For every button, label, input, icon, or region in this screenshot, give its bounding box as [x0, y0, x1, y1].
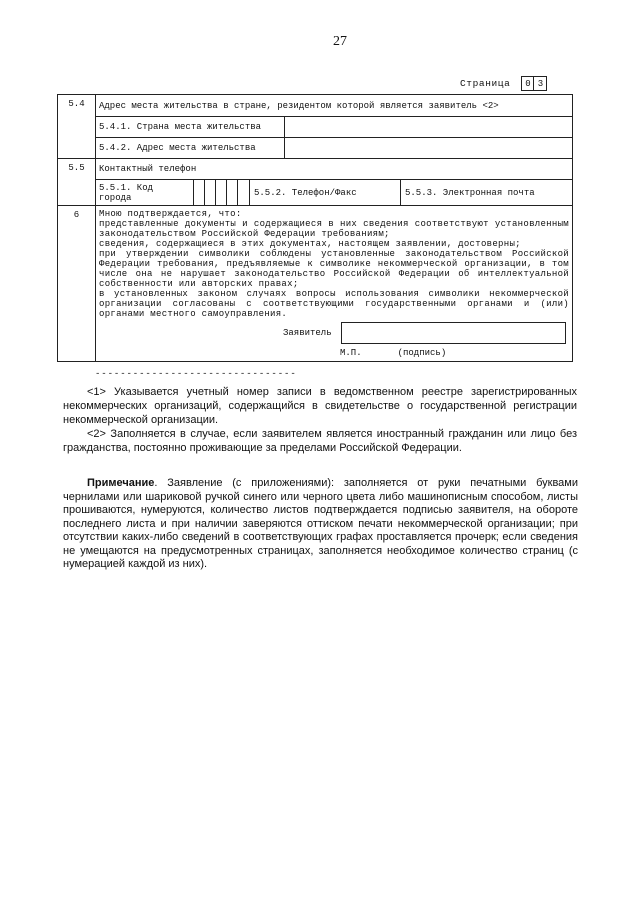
note-title: Примечание — [87, 477, 154, 489]
applicant-signature-row: Заявитель — [99, 322, 569, 344]
section-confirmation: 6 Мною подтверждается, что:представленны… — [58, 205, 572, 361]
confirmation-paragraph: представленные документы и содержащиеся … — [99, 219, 569, 239]
row-label: 5.4.1. Страна места жительства — [96, 117, 285, 137]
section-number: 6 — [58, 206, 96, 361]
city-code-label: 5.5.1. Код города — [96, 180, 194, 205]
signature-caption: (подпись) — [398, 348, 447, 358]
form-row-address: 5.4.2. Адрес места жительства — [96, 137, 572, 158]
application-form-table: 5.4 Адрес места жительства в стране, рез… — [57, 94, 573, 362]
confirmation-paragraph: при утверждении символики соблюдены уста… — [99, 249, 569, 289]
page-digit-box: 0 — [521, 76, 534, 91]
page-digit-box: 3 — [534, 76, 547, 91]
applicant-label: Заявитель — [283, 328, 332, 338]
section-title: Контактный телефон — [96, 159, 572, 179]
row-value-address — [285, 138, 572, 158]
document-page: 27 Страница 0 3 5.4 Адрес места жительст… — [0, 0, 640, 905]
page-indicator-label: Страница — [460, 78, 510, 89]
section-title: Адрес места жительства в стране, резиден… — [96, 95, 572, 116]
page-number: 27 — [300, 34, 380, 50]
phone-fax-label: 5.5.2. Телефон/Факс — [249, 180, 401, 205]
section-number: 5.4 — [58, 95, 96, 158]
digit-cell — [205, 180, 216, 205]
confirmation-text: Мною подтверждается, что:представленные … — [99, 209, 569, 319]
section-contact-phone: 5.5 Контактный телефон 5.5.1. Код города… — [58, 158, 572, 205]
confirmation-paragraph: сведения, содержащиеся в этих документах… — [99, 239, 569, 249]
footnote-separator: -------------------------------- — [95, 369, 297, 379]
form-row-phones: 5.5.1. Код города 5.5.2. Телефон/Факс 5.… — [96, 179, 572, 205]
footnotes-block: <1> Указывается учетный номер записи в в… — [63, 385, 577, 455]
digit-cell — [227, 180, 238, 205]
form-row-country: 5.4.1. Страна места жительства — [96, 116, 572, 137]
city-code-digit-boxes — [194, 180, 249, 205]
confirmation-paragraph: Мною подтверждается, что: — [99, 209, 569, 219]
row-label: 5.4.2. Адрес места жительства — [96, 138, 285, 158]
email-label: 5.5.3. Электронная почта — [401, 180, 572, 205]
section-number: 5.5 — [58, 159, 96, 205]
section-residence-address: 5.4 Адрес места жительства в стране, рез… — [58, 95, 572, 158]
footnote-2: <2> Заполняется в случае, если заявителе… — [63, 427, 577, 455]
stamp-label: М.П. — [340, 348, 362, 358]
confirmation-paragraph: в установленных законом случаях вопросы … — [99, 289, 569, 319]
footnote-1: <1> Указывается учетный номер записи в в… — [63, 385, 577, 427]
note-paragraph: Примечание. Заявление (с приложениями): … — [63, 477, 578, 572]
row-value-country — [285, 117, 572, 137]
note-body: . Заявление (с приложениями): заполняетс… — [63, 477, 578, 570]
digit-cell — [194, 180, 205, 205]
signature-box — [341, 322, 566, 344]
digit-cell — [216, 180, 227, 205]
page-indicator: Страница 0 3 — [460, 76, 547, 91]
stamp-row: М.П. (подпись) — [340, 348, 569, 358]
digit-cell — [238, 180, 249, 205]
